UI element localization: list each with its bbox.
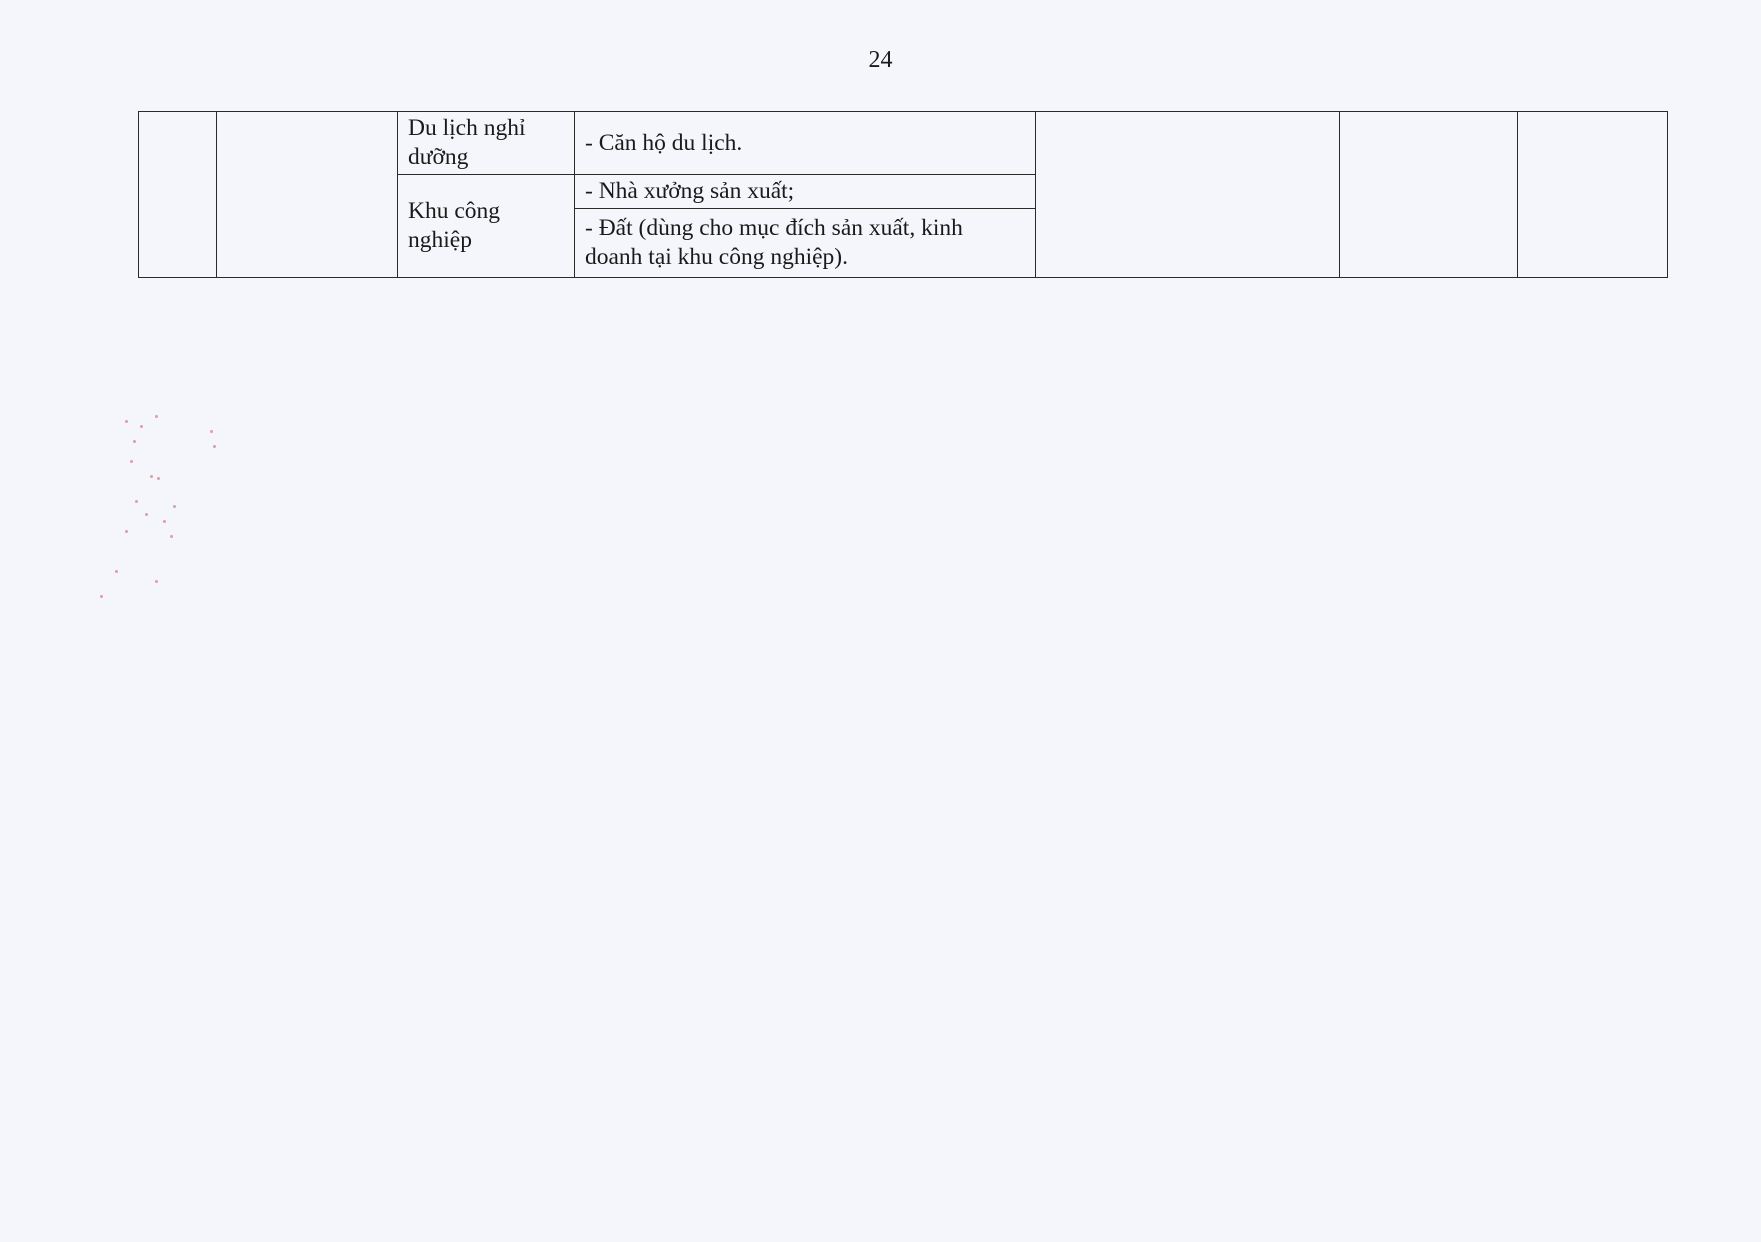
document-table: Du lịch nghỉ dưỡng - Căn hộ du lịch. Khu… bbox=[138, 111, 1668, 278]
empty-cell-col6 bbox=[1340, 112, 1518, 278]
item-cell: - Nhà xưởng sản xuất; bbox=[575, 175, 1036, 209]
item-cell: - Căn hộ du lịch. bbox=[575, 112, 1036, 175]
category-cell: Du lịch nghỉ dưỡng bbox=[398, 112, 575, 175]
empty-cell-col5 bbox=[1036, 112, 1340, 278]
empty-cell-col7 bbox=[1518, 112, 1668, 278]
empty-cell-index bbox=[139, 112, 217, 278]
table-row: Du lịch nghỉ dưỡng - Căn hộ du lịch. bbox=[139, 112, 1668, 175]
stamp-residue bbox=[95, 395, 245, 595]
category-cell: Khu công nghiệp bbox=[398, 175, 575, 278]
empty-cell-group bbox=[217, 112, 398, 278]
page-number: 24 bbox=[0, 47, 1761, 74]
item-cell: - Đất (dùng cho mục đích sản xuất, kinh … bbox=[575, 209, 1036, 278]
